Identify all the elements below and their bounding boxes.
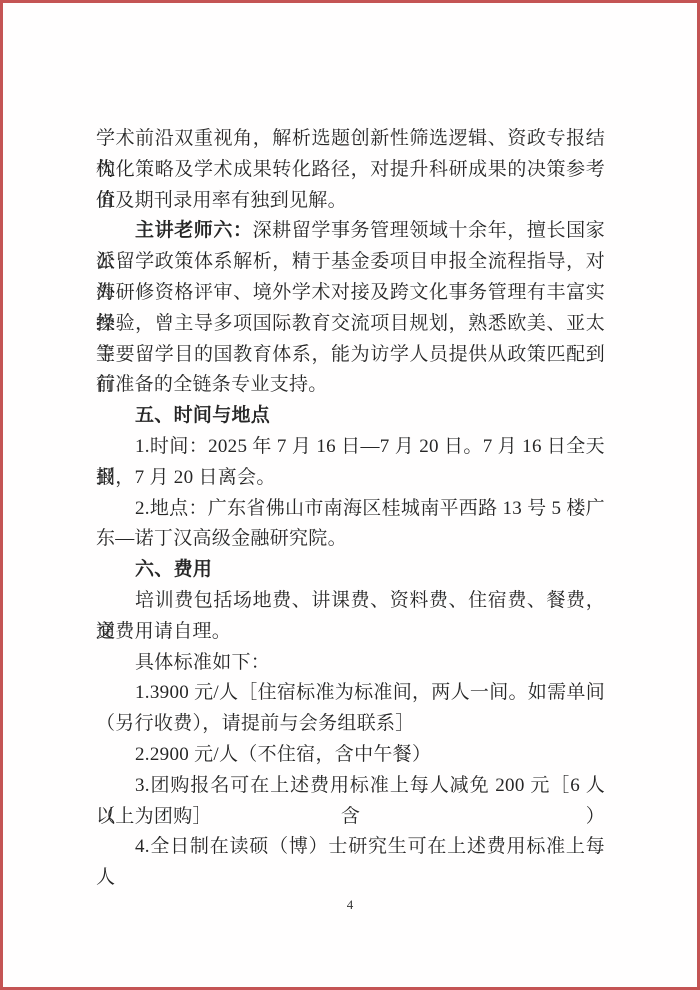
document-line: 通费用请自理。	[96, 617, 605, 648]
document-line: （另行收费），请提前与会务组联系］	[96, 709, 605, 740]
document-line: 培训费包括场地费、讲课费、资料费、住宿费、餐费，交	[96, 586, 605, 617]
document-line: 4.全日制在读硕（博）士研究生可在上述费用标准上每人	[96, 832, 605, 863]
document-line: 东—诺丁汉高级金融研究院。	[96, 524, 605, 555]
document-line: 具体标准如下：	[96, 648, 605, 679]
document-line: 经验，曾主导多项国际教育交流项目规划，熟悉欧美、亚太等	[96, 309, 605, 340]
document-line: 1.3900 元/人［住宿标准为标准间，两人一间。如需单间	[96, 678, 605, 709]
document-line: 学术前沿双重视角，解析选题创新性筛选逻辑、资政专报结构	[96, 124, 605, 155]
document-body: 学术前沿双重视角，解析选题创新性筛选逻辑、资政专报结构优化策略及学术成果转化路径…	[96, 124, 605, 863]
document-line: 值及期刊录用率有独到见解。	[96, 186, 605, 217]
section-heading: 五、时间与地点	[96, 401, 605, 432]
document-line: 2.地点：广东省佛山市南海区桂城南平西路 13 号 5 楼广	[96, 494, 605, 525]
document-line: 1.时间：2025 年 7 月 16 日—7 月 20 日。7 月 16 日全天…	[96, 432, 605, 463]
document-page: 学术前沿双重视角，解析选题创新性筛选逻辑、资政专报结构优化策略及学术成果转化路径…	[0, 0, 700, 990]
document-line: 主讲老师六：深耕留学事务管理领域十余年，擅长国家公	[96, 216, 605, 247]
section-heading: 六、费用	[96, 555, 605, 586]
document-line: 3.团购报名可在上述费用标准上每人减免 200 元［6 人（含）	[96, 771, 605, 802]
document-line: 主要留学目的国教育体系，能为访学人员提供从政策匹配到行	[96, 340, 605, 371]
page-number: 4	[3, 897, 697, 913]
document-line: 前准备的全链条专业支持。	[96, 370, 605, 401]
document-line: 外研修资格评审、境外学术对接及跨文化事务管理有丰富实操	[96, 278, 605, 309]
document-line: 派留学政策体系解析，精于基金委项目申报全流程指导，对海	[96, 247, 605, 278]
document-line: 2.2900 元/人（不住宿，含中午餐）	[96, 740, 605, 771]
line-bold-prefix: 主讲老师六：	[135, 220, 253, 241]
document-line: 优化策略及学术成果转化路径，对提升科研成果的决策参考价	[96, 155, 605, 186]
document-line: 到，7 月 20 日离会。	[96, 463, 605, 494]
